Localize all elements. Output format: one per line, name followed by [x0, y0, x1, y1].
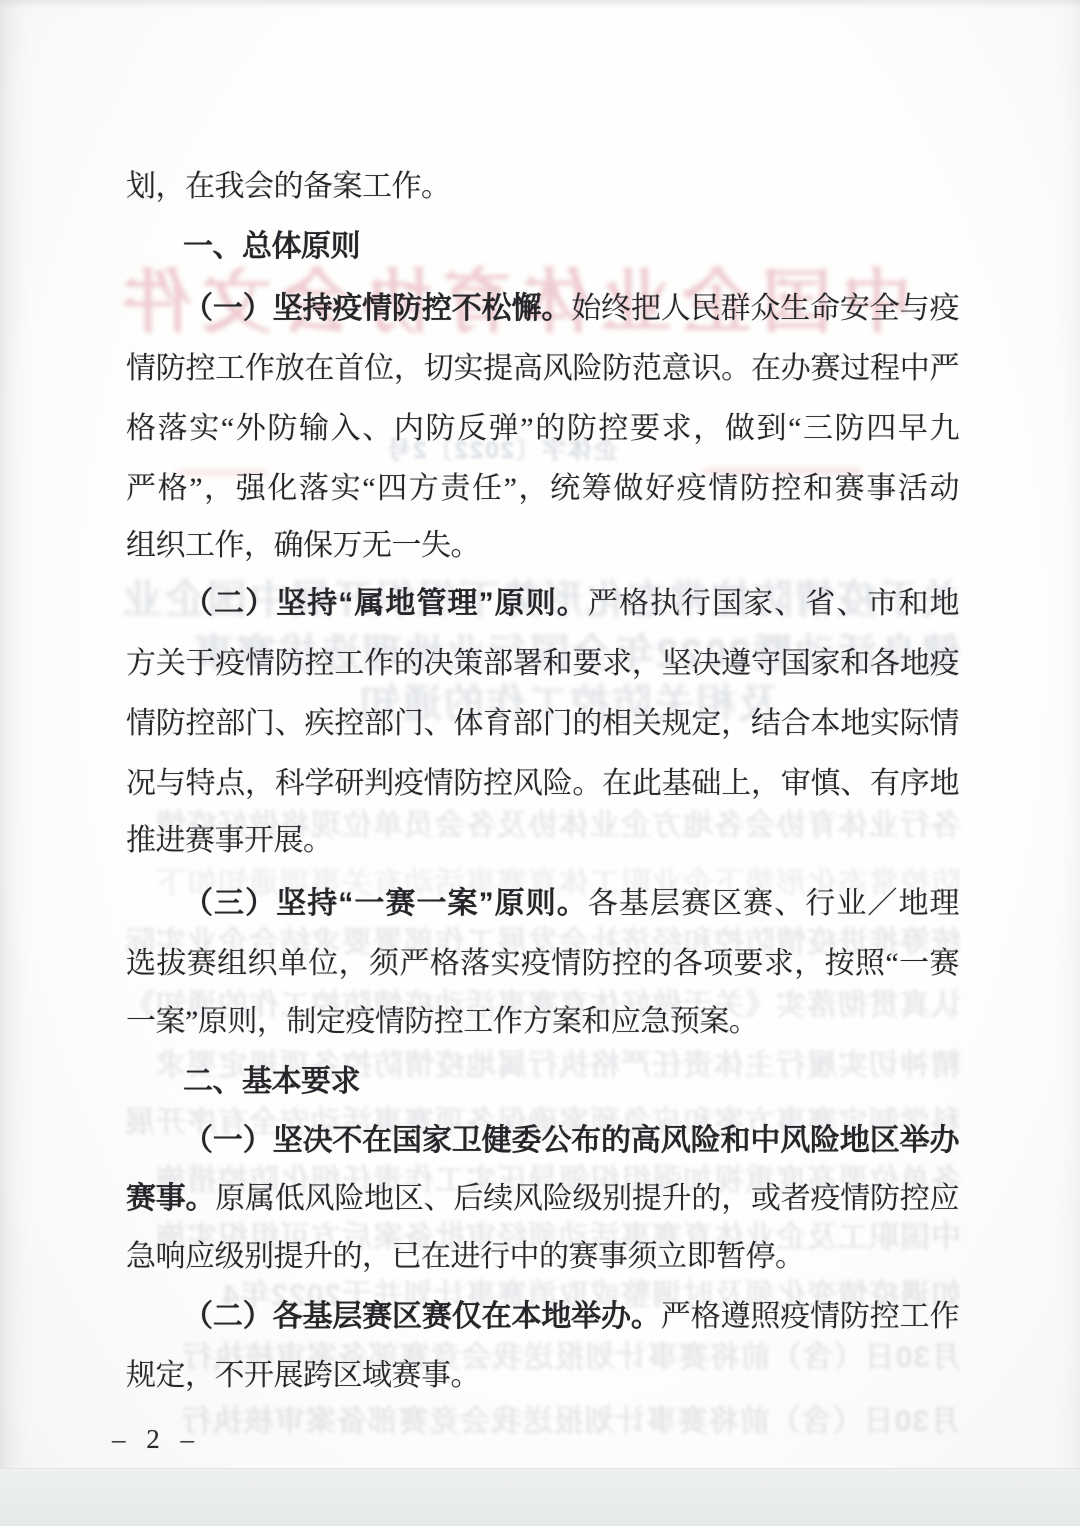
body-line: 规定，不开展跨区域赛事。	[126, 1357, 959, 1395]
body-text: 方关于疫情防控工作的决策部署和要求，坚决遵守国家和各地疫	[126, 647, 959, 680]
section-heading-2: 二、基本要求	[126, 1063, 959, 1101]
body-line: 组织工作，确保万无一失。	[126, 527, 959, 565]
body-line: 推进赛事开展。	[126, 822, 959, 860]
body-text: 格落实“外防输入、内防反弹”的防控要求，做到“三防四早九	[126, 412, 959, 445]
body-text: 严格遵照疫情防控工作	[661, 1300, 959, 1333]
body-text: 情防控工作放在首位，切实提高风险防范意识。在办赛过程中严	[126, 352, 959, 385]
body-line: 严格”，强化落实“四方责任”，统筹做好疫情防控和赛事活动	[126, 470, 959, 508]
heading-text: 一、总体原则	[183, 230, 360, 263]
scanned-document-page: 中国企业体育协会文件 企体字〔2022〕2号 关于疫情防控常态化形势下组织开展中…	[0, 0, 1080, 1526]
bold-lead: （二）各基层赛区赛仅在本地举办。	[183, 1300, 661, 1333]
body-text: 始终把人民群众生命安全与疫	[571, 292, 959, 325]
body-text: 组织工作，确保万无一失。	[126, 529, 480, 562]
bold-lead: 赛事。	[126, 1182, 215, 1215]
body-text: 严格执行国家、省、市和地	[588, 587, 959, 620]
bold-lead: （三）坚持“一赛一案”原则。	[183, 887, 588, 920]
body-line: 赛事。原属低风险地区、后续风险级别提升的，或者疫情防控应	[126, 1180, 959, 1218]
body-text: 推进赛事开展。	[126, 824, 333, 857]
paragraph-lead-line: （二）各基层赛区赛仅在本地举办。严格遵照疫情防控工作	[126, 1298, 959, 1336]
body-line: 况与特点，科学研判疫情防控风险。在此基础上，审慎、有序地	[126, 765, 959, 803]
body-line: 急响应级别提升的，已在进行中的赛事须立即暂停。	[126, 1238, 959, 1276]
paragraph-lead-line: （一）坚持疫情防控不松懈。始终把人民群众生命安全与疫	[126, 290, 959, 328]
body-line: 一案”原则，制定疫情防控工作方案和应急预案。	[126, 1003, 959, 1041]
scan-bottom-shade	[0, 1468, 1080, 1526]
bold-lead: （一）坚决不在国家卫健委公布的高风险和中风险地区举办	[183, 1124, 959, 1157]
paragraph-lead-line: （二）坚持“属地管理”原则。严格执行国家、省、市和地	[126, 585, 959, 623]
body-text: 急响应级别提升的，已在进行中的赛事须立即暂停。	[126, 1240, 805, 1273]
body-line: 划，在我会的备案工作。	[126, 168, 959, 206]
body-text: 规定，不开展跨区域赛事。	[126, 1359, 480, 1392]
body-line: 方关于疫情防控工作的决策部署和要求，坚决遵守国家和各地疫	[126, 645, 959, 683]
page-number: – 2 –	[112, 1424, 201, 1455]
body-text: 划，在我会的备案工作。	[126, 170, 451, 203]
body-text: 一案”原则，制定疫情防控工作方案和应急预案。	[126, 1005, 758, 1038]
heading-text: 二、基本要求	[183, 1065, 360, 1098]
body-text: 情防控部门、疾控部门、体育部门的相关规定，结合本地实际情	[126, 707, 959, 740]
body-line: 情防控工作放在首位，切实提高风险防范意识。在办赛过程中严	[126, 350, 959, 388]
section-heading-1: 一、总体原则	[126, 228, 959, 266]
bold-lead: （一）坚持疫情防控不松懈。	[183, 292, 571, 325]
body-text: 严格”，强化落实“四方责任”，统筹做好疫情防控和赛事活动	[126, 472, 959, 505]
paragraph-lead-line: （一）坚决不在国家卫健委公布的高风险和中风险地区举办	[126, 1122, 959, 1160]
body-text: 各基层赛区赛、行业／地理	[588, 887, 959, 920]
body-text: 况与特点，科学研判疫情防控风险。在此基础上，审慎、有序地	[126, 767, 959, 800]
bold-lead: （二）坚持“属地管理”原则。	[183, 587, 588, 620]
body-line: 情防控部门、疾控部门、体育部门的相关规定，结合本地实际情	[126, 705, 959, 743]
body-line: 格落实“外防输入、内防反弹”的防控要求，做到“三防四早九	[126, 410, 959, 448]
paragraph-lead-line: （三）坚持“一赛一案”原则。各基层赛区赛、行业／地理	[126, 885, 959, 923]
body-text: 原属低风险地区、后续风险级别提升的，或者疫情防控应	[215, 1182, 959, 1215]
body-line: 选拔赛组织单位，须严格落实疫情防控的各项要求，按照“一赛	[126, 945, 959, 983]
body-text: 选拔赛组织单位，须严格落实疫情防控的各项要求，按照“一赛	[126, 947, 959, 980]
